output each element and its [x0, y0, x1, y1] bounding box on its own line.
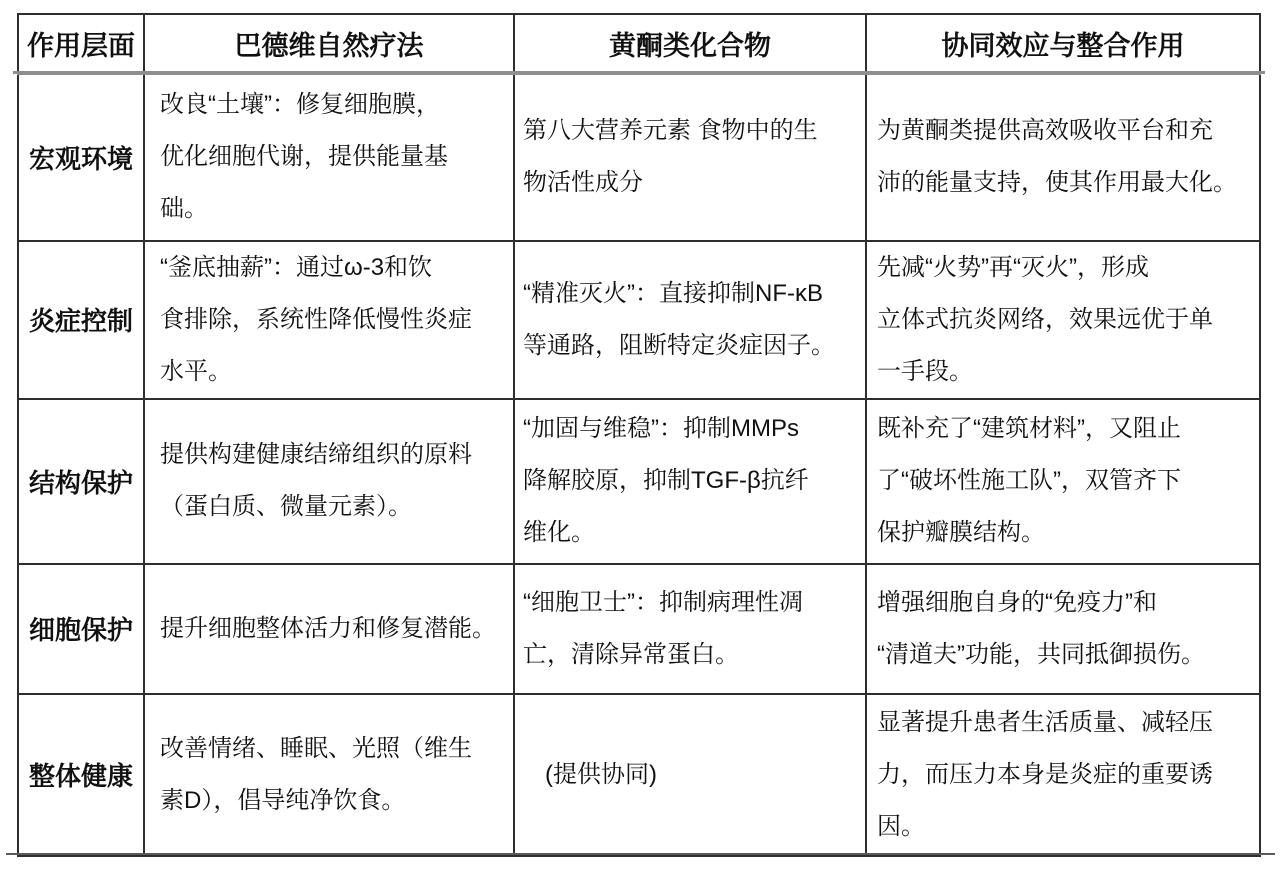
row-label: 炎症控制: [18, 241, 144, 399]
row-label: 细胞保护: [18, 564, 144, 694]
row-label: 整体健康: [18, 694, 144, 856]
cell-flavonoid: (提供协同): [514, 694, 866, 856]
cell-flavonoid: 第八大营养元素 食物中的生 物活性成分: [514, 74, 866, 241]
table-row-cell-protection: 细胞保护 提升细胞整体活力和修复潜能。 “细胞卫士”：抑制病理性凋 亡，清除异常…: [18, 564, 1260, 694]
therapy-comparison-table: 作用层面 巴德维自然疗法 黄酮类化合物 协同效应与整合作用 宏观环境 改良“土壤…: [17, 13, 1261, 857]
cell-flavonoid: “加固与维稳”：抑制MMPs 降解胶原，抑制TGF-β抗纤 维化。: [514, 399, 866, 564]
cell-budwig: 改良“土壤”：修复细胞膜， 优化细胞代谢，提供能量基 础。: [144, 74, 514, 241]
document-page: 作用层面 巴德维自然疗法 黄酮类化合物 协同效应与整合作用 宏观环境 改良“土壤…: [0, 0, 1280, 877]
cell-flavonoid: “细胞卫士”：抑制病理性凋 亡，清除异常蛋白。: [514, 564, 866, 694]
table-row-overall-health: 整体健康 改善情绪、睡眠、光照（维生 素D），倡导纯净饮食。 (提供协同) 显著…: [18, 694, 1260, 856]
cell-budwig: “釜底抽薪”：通过ω-3和饮 食排除，系统性降低慢性炎症 水平。: [144, 241, 514, 399]
cell-synergy: 既补充了“建筑材料”，又阻止 了“破坏性施工队”，双管齐下 保护瓣膜结构。: [866, 399, 1260, 564]
header-cell-budwig-therapy: 巴德维自然疗法: [144, 14, 514, 74]
cell-synergy: 显著提升患者生活质量、减轻压 力，而压力本身是炎症的重要诱 因。: [866, 694, 1260, 856]
table-row-inflammation-control: 炎症控制 “釜底抽薪”：通过ω-3和饮 食排除，系统性降低慢性炎症 水平。 “精…: [18, 241, 1260, 399]
cell-synergy: 增强细胞自身的“免疫力”和 “清道夫”功能，共同抵御损伤。: [866, 564, 1260, 694]
cell-flavonoid: “精准灭火”：直接抑制NF-κB 等通路，阻断特定炎症因子。: [514, 241, 866, 399]
header-row: 作用层面 巴德维自然疗法 黄酮类化合物 协同效应与整合作用: [18, 14, 1260, 74]
header-cell-action-level: 作用层面: [18, 14, 144, 74]
table-row-structure-protection: 结构保护 提供构建健康结缔组织的原料 （蛋白质、微量元素）。 “加固与维稳”：抑…: [18, 399, 1260, 564]
cell-budwig: 改善情绪、睡眠、光照（维生 素D），倡导纯净饮食。: [144, 694, 514, 856]
row-label: 结构保护: [18, 399, 144, 564]
header-underline-rule: [13, 71, 1265, 74]
table-row-macro-environment: 宏观环境 改良“土壤”：修复细胞膜， 优化细胞代谢，提供能量基 础。 第八大营养…: [18, 74, 1260, 241]
cell-synergy: 先减“火势”再“灭火”，形成 立体式抗炎网络，效果远优于单 一手段。: [866, 241, 1260, 399]
cell-budwig: 提升细胞整体活力和修复潜能。: [144, 564, 514, 694]
header-cell-synergy: 协同效应与整合作用: [866, 14, 1260, 74]
cell-synergy: 为黄酮类提供高效吸收平台和充 沛的能量支持，使其作用最大化。: [866, 74, 1260, 241]
cell-budwig: 提供构建健康结缔组织的原料 （蛋白质、微量元素）。: [144, 399, 514, 564]
table-bottom-rule: [6, 853, 1275, 855]
row-label: 宏观环境: [18, 74, 144, 241]
header-cell-flavonoids: 黄酮类化合物: [514, 14, 866, 74]
